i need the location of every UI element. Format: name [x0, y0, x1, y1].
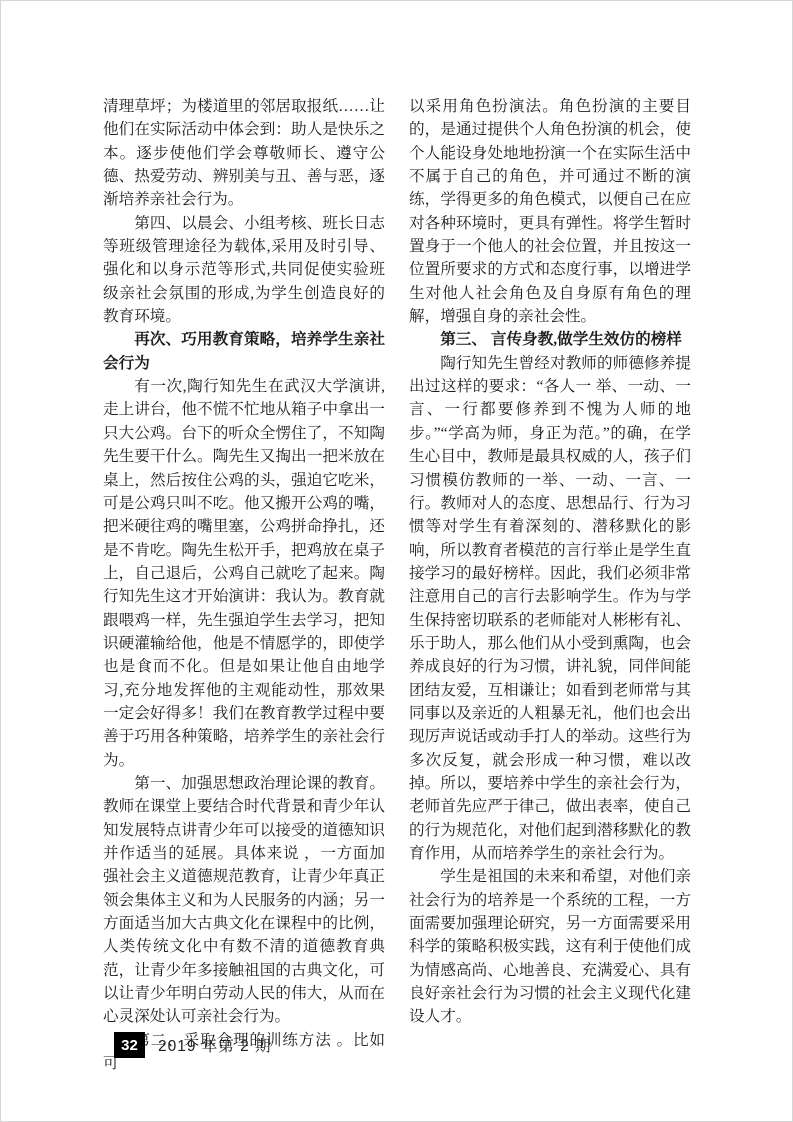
- text-column-left: 清理草坪；为楼道里的邻居取报纸……让他们在实际活动中体会到：助人是快乐之本。逐步…: [103, 95, 385, 1075]
- paragraph: 第四、以晨会、小组考核、班长日志等班级管理途径为载体,采用及时引导、强化和以身示…: [103, 212, 385, 329]
- paragraph: 清理草坪；为楼道里的邻居取报纸……让他们在实际活动中体会到：助人是快乐之本。逐步…: [103, 95, 385, 212]
- section-heading: 第三、 言传身教,做学生效仿的榜样: [409, 328, 691, 351]
- page-footer: 32 2019 年第 2 期: [114, 1032, 272, 1058]
- paragraph: 陶行知先生曾经对教师的师德修养提出过这样的要求：“各人一 举、一动、一言、一行都…: [409, 352, 691, 866]
- paragraph: 第一、加强思想政治理论课的教育。教师在课堂上要结合时代背景和青少年认知发展特点讲…: [103, 772, 385, 1029]
- page-number-badge: 32: [114, 1032, 145, 1058]
- paragraph: 有一次,陶行知先生在武汉大学演讲,走上讲台，他不慌不忙地从箱子中拿出一只大公鸡。…: [103, 375, 385, 772]
- article-body: 清理草坪；为楼道里的邻居取报纸……让他们在实际活动中体会到：助人是快乐之本。逐步…: [103, 95, 691, 1075]
- section-heading: 再次、巧用教育策略，培养学生亲社会行为: [103, 328, 385, 375]
- text-column-right: 以采用角色扮演法。角色扮演的主要目的，是通过提供个人角色扮演的机会，使个人能设身…: [409, 95, 691, 1075]
- journal-issue-label: 2019 年第 2 期: [158, 1034, 272, 1056]
- paragraph: 以采用角色扮演法。角色扮演的主要目的，是通过提供个人角色扮演的机会，使个人能设身…: [409, 95, 691, 328]
- paragraph: 学生是祖国的未来和希望，对他们亲社会行为的培养是一个系统的工程，一方面需要加强理…: [409, 865, 691, 1028]
